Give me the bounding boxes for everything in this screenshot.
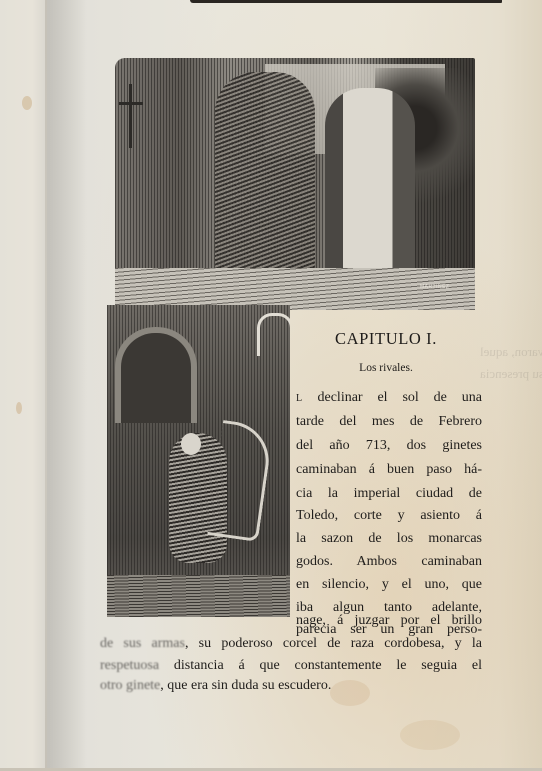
engraving-two-men bbox=[115, 58, 475, 310]
blurred-text: otro ginete bbox=[100, 678, 160, 693]
engraving-floor bbox=[107, 575, 290, 617]
foxing-stain bbox=[400, 720, 460, 750]
text-span: distancia á que constantemente le seguia… bbox=[159, 658, 482, 673]
show-through-text: tampoco su presencia bbox=[480, 366, 542, 382]
drop-cap-letter-a bbox=[257, 313, 290, 356]
text-line: de sus armas, su poderoso corcel de raza… bbox=[100, 634, 482, 653]
cross-icon bbox=[129, 84, 132, 148]
engraving-harpist bbox=[107, 305, 290, 617]
text-span: , que era sin duda su escudero. bbox=[160, 678, 331, 693]
drop-cap-remainder: L bbox=[296, 393, 303, 404]
text-line: caminaban á buen paso há- bbox=[296, 460, 482, 479]
chapter-title: CAPITULO I. bbox=[296, 329, 476, 349]
scan-edge-shadow bbox=[190, 0, 502, 3]
text-line: cia la imperial ciudad de bbox=[296, 484, 482, 503]
text-line: en silencio, y el uno, que bbox=[296, 575, 482, 594]
text-line: L declinar el sol de una bbox=[296, 388, 482, 408]
engraver-signature: MARTINEZ bbox=[420, 284, 449, 290]
text-span: declinar el sol de una bbox=[303, 390, 482, 405]
harp-icon bbox=[207, 420, 274, 542]
gutter-shadow bbox=[47, 0, 87, 771]
text-span: nage, á juzgar por el brillo bbox=[296, 613, 482, 628]
cross-icon bbox=[119, 102, 143, 105]
blurred-text: respetuosa bbox=[100, 658, 159, 673]
text-line-last-column: nage, á juzgar por el brillo bbox=[296, 611, 482, 630]
text-line: otro ginete, que era sin duda su escuder… bbox=[100, 676, 482, 695]
book-page: aquel varon, aquel tampoco su presencia … bbox=[0, 0, 542, 771]
text-line: respetuosa distancia á que constantement… bbox=[100, 656, 482, 675]
foxing-stain bbox=[16, 402, 22, 414]
text-line: tarde del mes de Febrero bbox=[296, 412, 482, 431]
show-through-text: aquel varon, aquel bbox=[480, 344, 542, 360]
text-line: del año 713, dos ginetes bbox=[296, 436, 482, 455]
text-line: Toledo, corte y asiento á bbox=[296, 506, 482, 525]
text-line: la sazon de los monarcas bbox=[296, 529, 482, 548]
text-line: godos. Ambos caminaban bbox=[296, 552, 482, 571]
text-span: , su poderoso corcel de raza cordobesa, … bbox=[185, 636, 482, 651]
engraving-stone-arch bbox=[115, 327, 197, 423]
engraving-woman-face bbox=[181, 433, 201, 455]
foxing-stain bbox=[22, 96, 32, 110]
blurred-text: de sus armas bbox=[100, 636, 185, 651]
chapter-subtitle: Los rivales. bbox=[296, 362, 476, 374]
